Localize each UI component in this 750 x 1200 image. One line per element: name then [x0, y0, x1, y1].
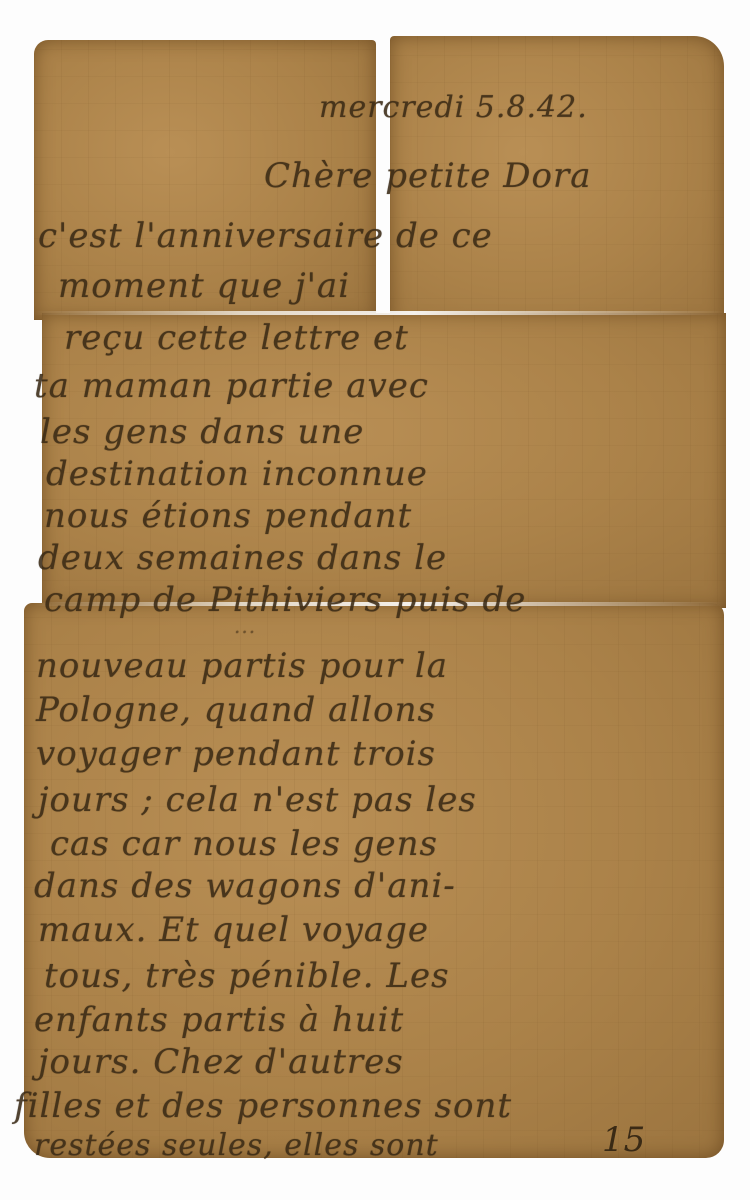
text-line-faded: ... — [234, 614, 256, 638]
text-line: moment que j'ai — [58, 266, 350, 306]
text-line: nous étions pendant — [44, 496, 412, 536]
letter-sheet: mercredi 5.8.42. Chère petite Dora c'est… — [34, 28, 726, 1168]
text-line: ta maman partie avec — [34, 366, 429, 406]
text-line: camp de Pithiviers puis de — [44, 580, 526, 620]
text-line: maux. Et quel voyage — [38, 910, 429, 950]
text-line: dans des wagons d'ani- — [34, 866, 456, 906]
text-line: les gens dans une — [40, 412, 364, 452]
text-line: cas car nous les gens — [50, 824, 438, 864]
text-line: reçu cette lettre et — [64, 318, 409, 358]
salutation-line: Chère petite Dora — [264, 156, 591, 196]
text-line: filles et des personnes sont — [14, 1086, 512, 1126]
text-line: c'est l'anniversaire de ce — [38, 216, 493, 256]
date-line: mercredi 5.8.42. — [319, 90, 588, 125]
text-line: enfants partis à huit — [34, 1000, 404, 1040]
text-line: deux semaines dans le — [38, 538, 447, 578]
text-line: voyager pendant trois — [36, 734, 436, 774]
text-line: destination inconnue — [46, 454, 428, 494]
text-line: jours ; cela n'est pas les — [38, 780, 477, 820]
text-line: jours. Chez d'autres — [38, 1042, 404, 1082]
page-number: 15 — [602, 1120, 645, 1160]
text-line: tous, très pénible. Les — [44, 956, 450, 996]
text-line: Pologne, quand allons — [36, 690, 436, 730]
text-line: restées seules, elles sont — [34, 1128, 439, 1163]
text-line: nouveau partis pour la — [36, 646, 448, 686]
handwritten-text: mercredi 5.8.42. Chère petite Dora c'est… — [34, 28, 726, 1168]
